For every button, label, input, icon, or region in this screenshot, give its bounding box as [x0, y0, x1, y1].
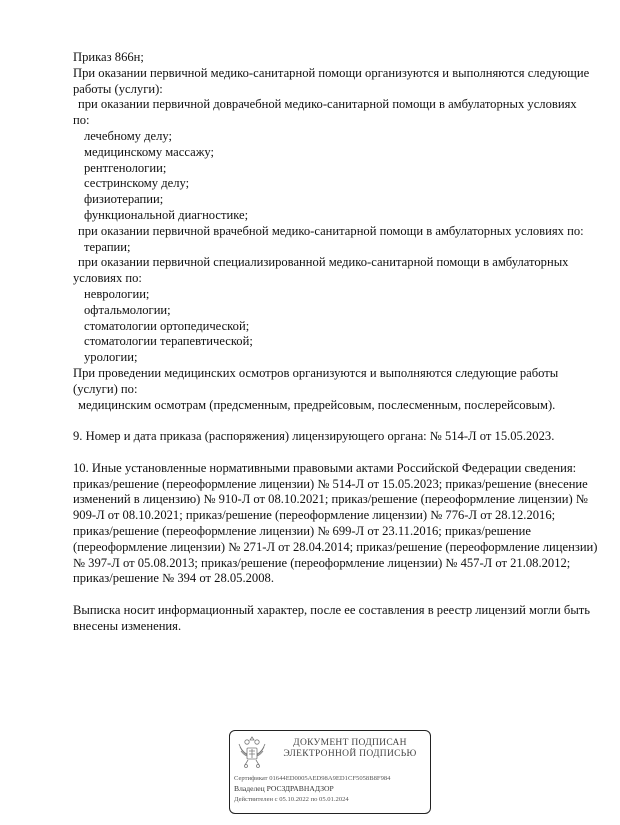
document-page: Приказ 866н;При оказании первичной медик…	[73, 50, 593, 634]
document-line: При оказании первичной медико-санитарной…	[73, 66, 593, 82]
section-10-line: 909-Л от 08.10.2021; приказ/решение (пер…	[73, 508, 593, 524]
section-10-other-info: 10. Иные установленные нормативными прав…	[73, 461, 593, 587]
section-10-line: № 397-Л от 05.08.2013; приказ/решение (п…	[73, 556, 593, 572]
document-line: по:	[73, 113, 593, 129]
section-10-line: приказ/решение № 394 от 28.05.2008.	[73, 571, 593, 587]
document-line: урологии;	[73, 350, 593, 366]
coat-of-arms-icon	[236, 734, 268, 770]
document-line: стоматологии ортопедической;	[73, 319, 593, 335]
document-line: офтальмологии;	[73, 303, 593, 319]
section-9-line: 9. Номер и дата приказа (распоряжения) л…	[73, 429, 593, 445]
document-line: условиях по:	[73, 271, 593, 287]
document-line: При проведении медицинских осмотров орга…	[73, 366, 593, 382]
document-line: лечебному делу;	[73, 129, 593, 145]
document-line: стоматологии терапевтической;	[73, 334, 593, 350]
licensed-works-list: Приказ 866н;При оказании первичной медик…	[73, 50, 593, 413]
disclaimer-note: Выписка носит информационный характер, п…	[73, 603, 593, 635]
document-line: при оказании первичной врачебной медико-…	[73, 224, 593, 240]
certificate-number: Сертификат 01644ED0005AED98A9ED1CF5058B8…	[234, 774, 390, 783]
document-line: при оказании первичной доврачебной медик…	[73, 97, 593, 113]
document-line: (услуги) по:	[73, 382, 593, 398]
document-line: медицинским осмотрам (предсменным, предр…	[73, 398, 593, 414]
document-line: работы (услуги):	[73, 82, 593, 98]
document-line: неврологии;	[73, 287, 593, 303]
document-line: функциональной диагностике;	[73, 208, 593, 224]
disclaimer-line: Выписка носит информационный характер, п…	[73, 603, 593, 619]
certificate-validity: Действителен с 05.10.2022 по 05.01.2024	[234, 795, 349, 804]
section-9-order-number: 9. Номер и дата приказа (распоряжения) л…	[73, 429, 593, 445]
document-line: терапии;	[73, 240, 593, 256]
document-line: при оказании первичной специализированно…	[73, 255, 593, 271]
disclaimer-line: внесены изменения.	[73, 619, 593, 635]
document-line: физиотерапии;	[73, 192, 593, 208]
document-line: медицинскому массажу;	[73, 145, 593, 161]
document-line: рентгенологии;	[73, 161, 593, 177]
stamp-heading: ДОКУМЕНТ ПОДПИСАН ЭЛЕКТРОННОЙ ПОДПИСЬЮ	[270, 738, 430, 760]
section-10-line: приказ/решение (переоформление лицензии)…	[73, 477, 593, 493]
section-10-line: 10. Иные установленные нормативными прав…	[73, 461, 593, 477]
section-10-line: приказ/решение (переоформление лицензии)…	[73, 524, 593, 540]
document-line: Приказ 866н;	[73, 50, 593, 66]
document-line: сестринскому делу;	[73, 176, 593, 192]
certificate-owner: Владелец РОСЗДРАВНАДЗОР	[234, 784, 334, 793]
section-10-line: изменений в лицензию) № 910-Л от 08.10.2…	[73, 492, 593, 508]
electronic-signature-stamp: ДОКУМЕНТ ПОДПИСАН ЭЛЕКТРОННОЙ ПОДПИСЬЮ С…	[229, 730, 431, 814]
section-10-line: (переоформление лицензии) № 271-Л от 28.…	[73, 540, 593, 556]
